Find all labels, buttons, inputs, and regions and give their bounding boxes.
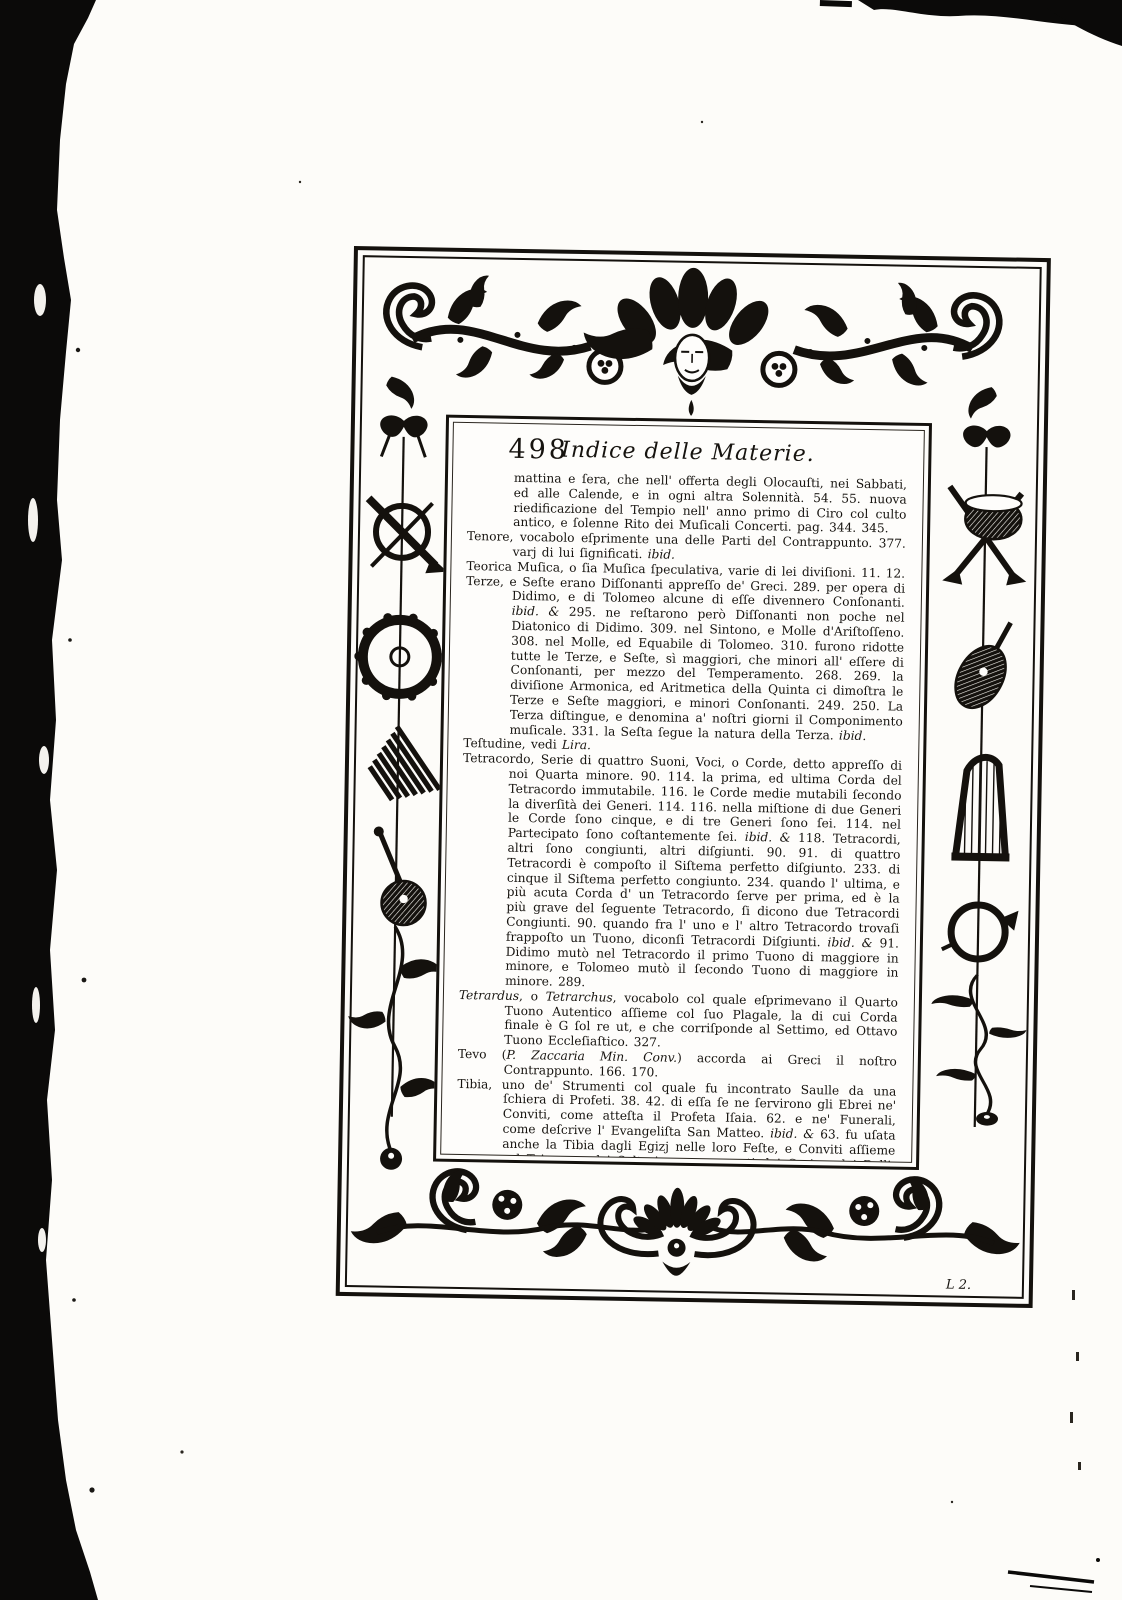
flower-vine-icon (927, 974, 1035, 1126)
panpipes-icon (358, 725, 442, 816)
index-entry: Terze, e Seſte erano Diſſonanti appreſſo… (463, 574, 905, 744)
running-head: 498 Indice delle Materie. (468, 433, 907, 473)
bottom-garland-ornament (349, 1163, 1022, 1281)
index-entry: Tetrardus, o Tetrarchus, vocabolo col qu… (458, 988, 898, 1055)
top-garland-ornament (384, 263, 1002, 425)
index-entries: mattina e ſera, che nell' offerta degli … (455, 470, 907, 1163)
scan-edge-bottom-right (1008, 1558, 1100, 1592)
signature-mark: L 2. (946, 1277, 971, 1292)
index-text-panel: 498 Indice delle Materie. mattina e ſera… (433, 415, 932, 1170)
engraved-border-plate: 498 Indice delle Materie. mattina e ſera… (336, 246, 1051, 1308)
horn-icon (367, 498, 448, 573)
scanned-book-page: { "page": { "page_number": "498", "heade… (0, 0, 1122, 1600)
ribbon-bow-icon (963, 425, 1011, 447)
ribbon-bow-icon (380, 415, 428, 437)
scan-edge-left (0, 0, 98, 1600)
right-instrument-trophy (924, 425, 1047, 1128)
index-text-panel-inner: 498 Indice delle Materie. mattina e ſera… (440, 422, 925, 1163)
index-entry: Tibia, uno de' Strumenti col quale fu in… (455, 1077, 896, 1163)
index-entry: mattina e ſera, che nell' offerta degli … (467, 470, 907, 537)
index-entry: Tetracordo, Serie di quattro Suoni, Voci… (459, 751, 902, 995)
lute-icon (372, 826, 427, 925)
hunting-horn-icon (942, 904, 1019, 959)
mask-face-ornament (577, 266, 777, 417)
mandolin-icon (945, 612, 1030, 716)
scan-edge-top-right (820, 0, 1122, 46)
